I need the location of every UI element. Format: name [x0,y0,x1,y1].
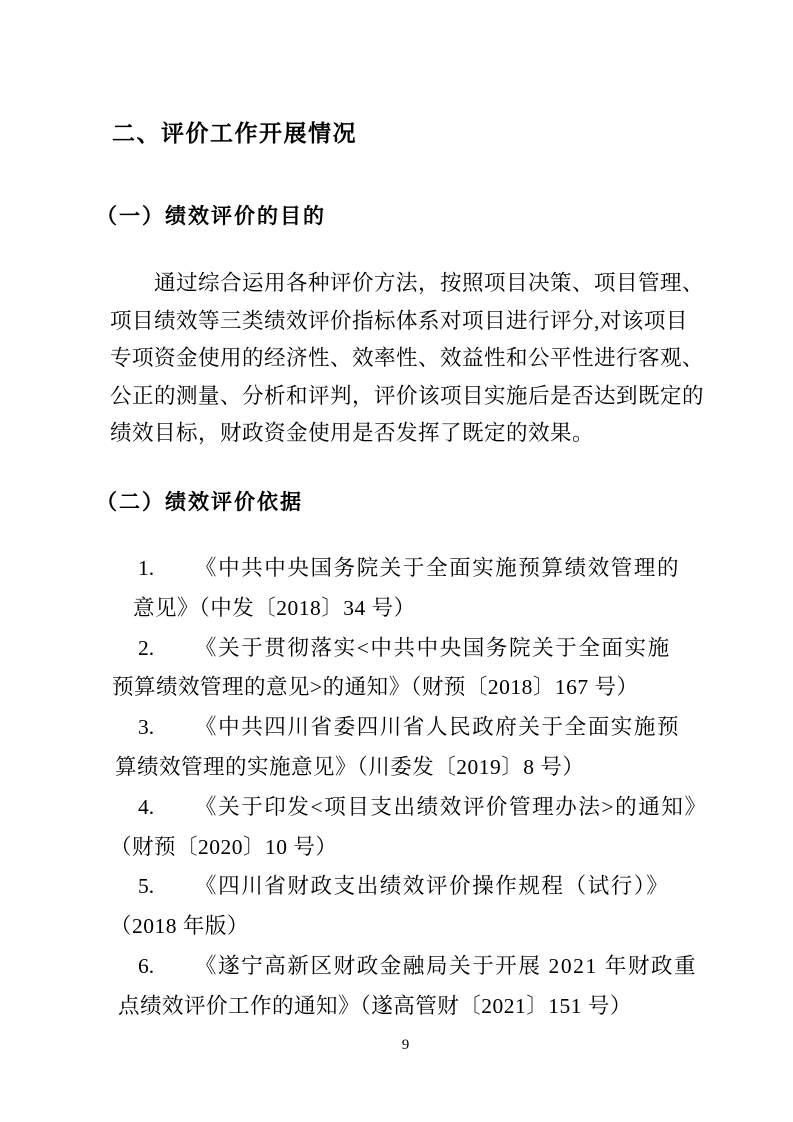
list-item-text: 《关于贯彻落实<中共中央国务院关于全面实施 [195,636,671,660]
paragraph-line: 公正的测量、分析和评判，评价该项目实施后是否达到既定的 [110,378,730,416]
list-item-2-line-2: 预算绩效管理的意见>的通知》（财预〔2018〕167 号） [110,668,750,708]
list-item-number: 5. [138,867,195,907]
main-heading: 二、评价工作开展情况 [112,115,357,148]
document-page: 二、评价工作开展情况 （一）绩效评价的目的 通过综合运用各种评价方法，按照项目决… [0,0,793,1122]
list-item-4-line-2: （财预〔2020〕10 号） [110,828,750,868]
list-item-text: 《中共中央国务院关于全面实施预算绩效管理的 [195,556,680,580]
section-heading-2: （二）绩效评价依据 [96,486,303,516]
list-item-text: 《中共四川省委四川省人民政府关于全面实施预 [195,715,680,739]
list-item-number: 2. [138,629,195,669]
page-number-value: 9 [402,1037,410,1054]
list-item-5-line-1: 5.《四川省财政支出绩效评价操作规程（试行）》 [110,867,750,907]
list-item-3-line-1: 3.《中共四川省委四川省人民政府关于全面实施预 [110,708,750,748]
list-item-6-line-1: 6.《遂宁高新区财政金融局关于开展 2021 年财政重 [110,947,750,987]
paragraph-line: 专项资金使用的经济性、效率性、效益性和公平性进行客观、 [110,340,730,378]
list-item-text: 《遂宁高新区财政金融局关于开展 2021 年财政重 [195,954,697,978]
list-item-3-line-2: 算绩效管理的实施意见》（川委发〔2019〕8 号） [110,748,750,788]
list-item-5-line-2: （2018 年版） [110,907,750,947]
paragraph-line: 项目绩效等三类绩效评价指标体系对项目进行评分,对该项目 [110,303,730,341]
list-item-number: 4. [138,788,195,828]
paragraph-line: 通过综合运用各种评价方法，按照项目决策、项目管理、 [110,265,730,303]
list-item-text: 《关于印发<项目支出绩效评价管理办法>的通知》 [195,795,708,819]
ordered-list: 1.《中共中央国务院关于全面实施预算绩效管理的 意见》（中发〔2018〕34 号… [110,549,750,1027]
list-item-number: 1. [138,549,195,589]
list-item-4-line-1: 4.《关于印发<项目支出绩效评价管理办法>的通知》 [110,788,750,828]
list-item-1-line-2: 意见》（中发〔2018〕34 号） [110,589,750,629]
list-item-6-line-2: 点绩效评价工作的通知》（遂高管财〔2021〕151 号） [110,987,750,1027]
list-item-1-line-1: 1.《中共中央国务院关于全面实施预算绩效管理的 [110,549,750,589]
list-item-number: 6. [138,947,195,987]
list-item-text: 《四川省财政支出绩效评价操作规程（试行）》 [195,874,669,898]
list-item-2-line-1: 2.《关于贯彻落实<中共中央国务院关于全面实施 [110,629,750,669]
section-heading-1: （一）绩效评价的目的 [96,200,326,230]
page-number: 9 [0,1037,793,1054]
paragraph-line: 绩效目标，财政资金使用是否发挥了既定的效果。 [110,415,730,453]
paragraph: 通过综合运用各种评价方法，按照项目决策、项目管理、 项目绩效等三类绩效评价指标体… [110,265,730,453]
list-item-number: 3. [138,708,195,748]
